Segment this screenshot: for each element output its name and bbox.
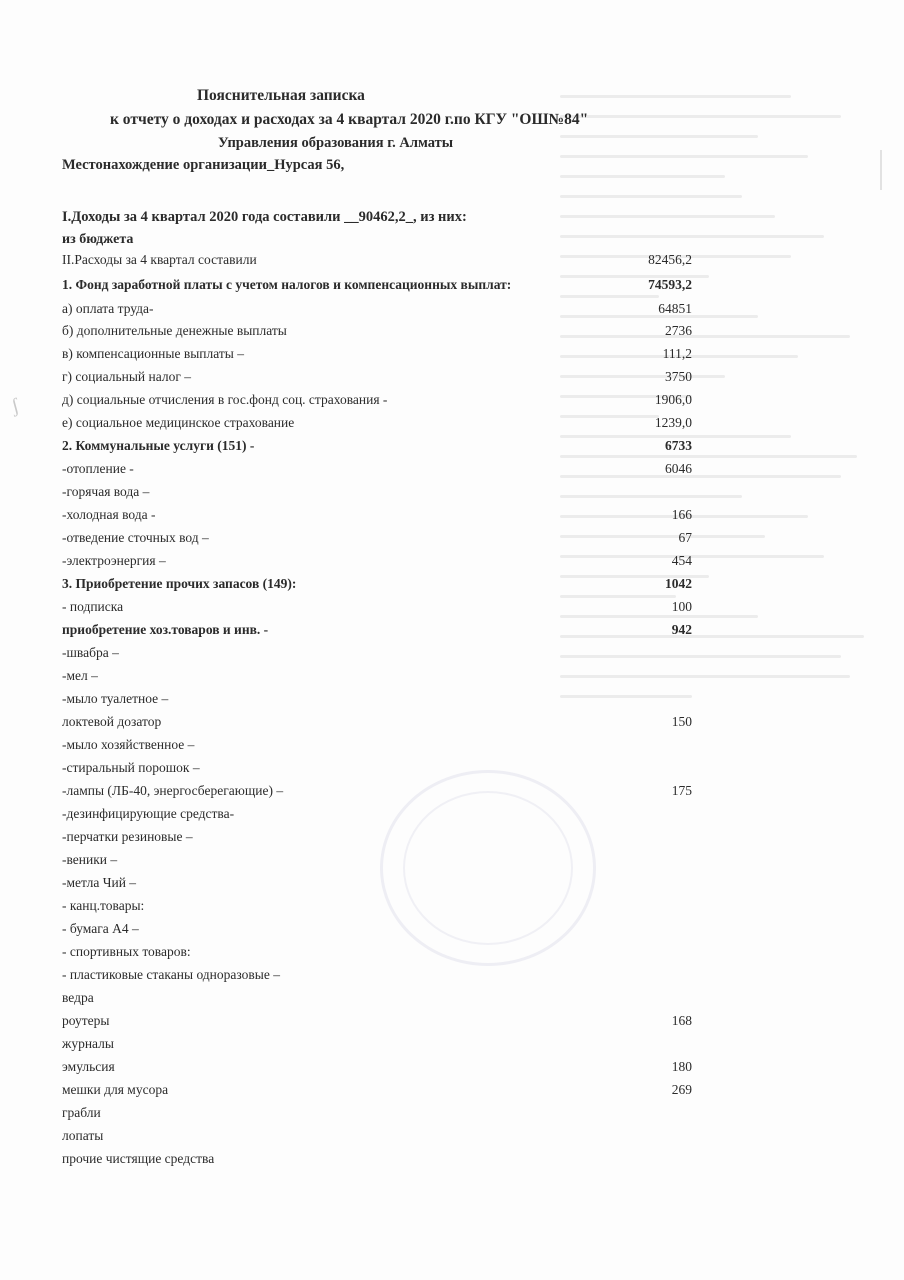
expense-label: роутеры <box>62 1013 109 1029</box>
expense-label: локтевой дозатор <box>62 714 161 730</box>
expense-row: -мыло туалетное – <box>0 691 904 711</box>
expense-label: -холодная вода - <box>62 507 155 523</box>
expense-row: -дезинфицирующие средства- <box>0 806 904 826</box>
expense-amount: 269 <box>672 1082 692 1098</box>
expense-row: -веники – <box>0 852 904 872</box>
expense-label: 2. Коммунальные услуги (151) - <box>62 438 254 454</box>
expense-amount: 175 <box>672 783 692 799</box>
expense-label: -лампы (ЛБ-40, энергосберегающие) – <box>62 783 283 799</box>
expense-row: д) социальные отчисления в гос.фонд соц.… <box>0 392 904 412</box>
expense-label: 3. Приобретение прочих запасов (149): <box>62 576 296 592</box>
document-title: Пояснительная записка <box>197 87 365 105</box>
expense-label: ведра <box>62 990 94 1006</box>
expense-row: ведра <box>0 990 904 1010</box>
expense-label: -горячая вода – <box>62 484 149 500</box>
expense-label: эмульсия <box>62 1059 115 1075</box>
expense-amount: 3750 <box>665 369 692 385</box>
expense-amount: 67 <box>679 530 693 546</box>
expense-label: журналы <box>62 1036 114 1052</box>
expense-row: -стиральный порошок – <box>0 760 904 780</box>
expense-label: - пластиковые стаканы одноразовые – <box>62 967 280 983</box>
department-name: Управления образования г. Алматы <box>218 135 453 152</box>
scan-edge-mark <box>880 150 894 190</box>
expense-row: локтевой дозатор150 <box>0 714 904 734</box>
expense-label: -веники – <box>62 852 117 868</box>
expense-row: -швабра – <box>0 645 904 665</box>
expense-amount: 1239,0 <box>655 415 692 431</box>
expense-row: г) социальный налог –3750 <box>0 369 904 389</box>
expense-label: -отопление - <box>62 461 134 477</box>
expense-label: -перчатки резиновые – <box>62 829 193 845</box>
expense-label: д) социальные отчисления в гос.фонд соц.… <box>62 392 387 408</box>
expense-row: 1. Фонд заработной платы с учетом налого… <box>0 277 904 297</box>
expense-amount: 942 <box>672 622 692 638</box>
expense-amount: 100 <box>672 599 692 615</box>
expense-amount: 111,2 <box>663 346 692 362</box>
expense-amount: 6733 <box>665 438 692 454</box>
expense-row: -электроэнергия –454 <box>0 553 904 573</box>
expense-label: -отведение сточных вод – <box>62 530 209 546</box>
expense-label: -метла Чий – <box>62 875 136 891</box>
expense-row: приобретение хоз.товаров и инв. -942 <box>0 622 904 642</box>
expense-label: грабли <box>62 1105 101 1121</box>
expense-label: приобретение хоз.товаров и инв. - <box>62 622 268 638</box>
expense-label: II.Расходы за 4 квартал составили <box>62 252 257 268</box>
expense-row: -метла Чий – <box>0 875 904 895</box>
expense-row: II.Расходы за 4 квартал составили82456,2 <box>0 252 904 272</box>
expense-row: е) социальное медицинское страхование123… <box>0 415 904 435</box>
document-page: ʃ Пояснительная записка к отчету о доход… <box>0 0 904 1280</box>
expense-row: журналы <box>0 1036 904 1056</box>
expense-row: -отведение сточных вод –67 <box>0 530 904 550</box>
expense-label: б) дополнительные денежные выплаты <box>62 323 287 339</box>
expense-label: г) социальный налог – <box>62 369 191 385</box>
organization-location: Местонахождение организации_Нурсая 56, <box>62 157 344 174</box>
expense-amount: 74593,2 <box>648 277 692 293</box>
expense-amount: 150 <box>672 714 692 730</box>
expense-amount: 2736 <box>665 323 692 339</box>
expense-label: -электроэнергия – <box>62 553 166 569</box>
expense-label: -стиральный порошок – <box>62 760 200 776</box>
expense-row: роутеры168 <box>0 1013 904 1033</box>
expense-row: прочие чистящие средства <box>0 1151 904 1171</box>
expense-row: -перчатки резиновые – <box>0 829 904 849</box>
expense-label: -дезинфицирующие средства- <box>62 806 234 822</box>
expense-label: -мыло хозяйственное – <box>62 737 194 753</box>
expense-row: -горячая вода – <box>0 484 904 504</box>
expense-label: лопаты <box>62 1128 103 1144</box>
expense-label: е) социальное медицинское страхование <box>62 415 294 431</box>
expense-row: -холодная вода -166 <box>0 507 904 527</box>
expense-row: - пластиковые стаканы одноразовые – <box>0 967 904 987</box>
expense-row: - спортивных товаров: <box>0 944 904 964</box>
expense-label: - подписка <box>62 599 123 615</box>
expense-amount: 6046 <box>665 461 692 477</box>
expense-label: прочие чистящие средства <box>62 1151 214 1167</box>
expense-row: -мел – <box>0 668 904 688</box>
expense-amount: 168 <box>672 1013 692 1029</box>
expense-amount: 454 <box>672 553 692 569</box>
expense-amount: 180 <box>672 1059 692 1075</box>
expense-amount: 82456,2 <box>648 252 692 268</box>
expense-label: 1. Фонд заработной платы с учетом налого… <box>62 277 511 293</box>
expense-label: -мел – <box>62 668 98 684</box>
expense-amount: 64851 <box>658 301 692 317</box>
expense-label: -мыло туалетное – <box>62 691 168 707</box>
expense-row: а) оплата труда-64851 <box>0 301 904 321</box>
expense-label: - бумага А4 – <box>62 921 139 937</box>
expense-row: в) компенсационные выплаты –111,2 <box>0 346 904 366</box>
expense-row: б) дополнительные денежные выплаты2736 <box>0 323 904 343</box>
expense-row: - бумага А4 – <box>0 921 904 941</box>
expense-row: - подписка100 <box>0 599 904 619</box>
income-summary: I.Доходы за 4 квартал 2020 года составил… <box>62 209 467 226</box>
expense-row: -лампы (ЛБ-40, энергосберегающие) –175 <box>0 783 904 803</box>
expense-amount: 1042 <box>665 576 692 592</box>
expense-label: - спортивных товаров: <box>62 944 191 960</box>
expense-amount: 1906,0 <box>655 392 692 408</box>
expense-row: - канц.товары: <box>0 898 904 918</box>
expense-row: -отопление -6046 <box>0 461 904 481</box>
expense-row: -мыло хозяйственное – <box>0 737 904 757</box>
expense-label: мешки для мусора <box>62 1082 168 1098</box>
expense-amount: 166 <box>672 507 692 523</box>
expense-row: грабли <box>0 1105 904 1125</box>
expense-label: а) оплата труда- <box>62 301 154 317</box>
expense-row: мешки для мусора269 <box>0 1082 904 1102</box>
expense-row: 3. Приобретение прочих запасов (149):104… <box>0 576 904 596</box>
expense-row: эмульсия180 <box>0 1059 904 1079</box>
expense-label: -швабра – <box>62 645 119 661</box>
document-subtitle: к отчету о доходах и расходах за 4 кварт… <box>110 111 588 129</box>
expense-row: лопаты <box>0 1128 904 1148</box>
expense-label: в) компенсационные выплаты – <box>62 346 244 362</box>
income-source: из бюджета <box>62 232 133 248</box>
expense-label: - канц.товары: <box>62 898 144 914</box>
expense-row: 2. Коммунальные услуги (151) -6733 <box>0 438 904 458</box>
